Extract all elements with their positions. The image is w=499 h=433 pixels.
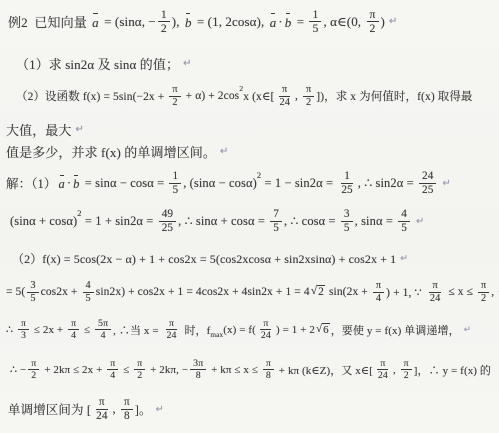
fraction-denominator: 2 bbox=[28, 370, 39, 381]
fraction-numerator: π bbox=[373, 280, 384, 293]
fraction: 12 bbox=[158, 8, 170, 36]
text-run: , ∴ sin2α = bbox=[358, 175, 417, 191]
text-run: ]。 bbox=[135, 400, 152, 418]
fraction-denominator: 5 bbox=[27, 293, 38, 305]
fraction: 35 bbox=[27, 280, 38, 305]
text-run: = (1, 2cosα), bbox=[194, 14, 268, 30]
fraction-numerator: π bbox=[367, 8, 379, 22]
fraction: π4 bbox=[68, 318, 79, 342]
fraction: π2 bbox=[169, 84, 180, 109]
fraction: 35 bbox=[341, 208, 353, 235]
fraction: π24 bbox=[375, 358, 391, 382]
fraction-numerator: 1 bbox=[341, 170, 353, 184]
text-run: , sinα = bbox=[355, 214, 397, 229]
line-part2-question: （2）设函数 f(x) = 5sin(−2x + π2 + α) + 2cos2… bbox=[16, 84, 473, 109]
line-part1-question: （1）求 sin2α 及 sinα 的值；↵ bbox=[16, 54, 192, 73]
text-run: ≤ bbox=[120, 364, 132, 376]
line-problem-vectors: 例2 已知向量 a = (sinα, −12), b = (1, 2cosα),… bbox=[8, 8, 398, 36]
text-run: , bbox=[393, 364, 399, 376]
fraction: 125 bbox=[338, 170, 355, 197]
text-run: （2）f(x) = 5cos(2x − α) + 1 + cos2x = 5(c… bbox=[12, 250, 396, 267]
sqrt-symbol: √6 bbox=[316, 323, 330, 337]
fraction-denominator: 2 bbox=[478, 293, 489, 305]
return-mark-icon: ↵ bbox=[464, 325, 471, 335]
text-run: , ∴当 x = bbox=[113, 322, 161, 338]
text-run: ，要使 y = f(x) 单调递增， bbox=[331, 322, 460, 338]
text-run: (x) = f( bbox=[223, 324, 256, 336]
vector-symbol: b bbox=[73, 175, 79, 192]
line-solution-step4: = 5(35cos2x + 45sin2x) + cos2x + 1 = 4co… bbox=[6, 280, 499, 305]
text-run: = 1 + sin2α = bbox=[82, 214, 157, 229]
fraction-numerator: π bbox=[263, 358, 274, 370]
return-mark-icon: ↵ bbox=[389, 16, 398, 27]
line-solution-step3: （2）f(x) = 5cos(2x − α) + 1 + cos2x = 5(c… bbox=[12, 250, 408, 267]
text-run: ≤ 2x + bbox=[31, 324, 66, 336]
fraction: π24 bbox=[93, 396, 110, 423]
fraction-numerator: π bbox=[18, 318, 29, 330]
text-run: , bbox=[113, 402, 119, 417]
text-run: , bbox=[295, 90, 301, 102]
text-run: + kπ (k∈Z)，又 x∈[ bbox=[276, 362, 373, 378]
fraction: 5π4 bbox=[95, 318, 111, 342]
fraction-numerator: π bbox=[401, 358, 412, 370]
fraction: π8 bbox=[263, 358, 274, 382]
fraction: π4 bbox=[107, 358, 118, 382]
fraction-numerator: 3π bbox=[190, 358, 206, 370]
return-mark-icon: ↵ bbox=[183, 58, 192, 69]
text-run: ) = 1 + 2 bbox=[276, 324, 315, 336]
fraction-numerator: π bbox=[478, 280, 489, 293]
fraction-denominator: 5 bbox=[270, 222, 282, 235]
fraction-denominator: 2 bbox=[169, 97, 180, 109]
text-run: 例2 已知向量 bbox=[8, 12, 90, 31]
fraction-numerator: π bbox=[68, 318, 79, 330]
fraction-denominator: 2 bbox=[158, 22, 170, 35]
text-run: （2）设函数 f(x) = 5sin(−2x + bbox=[16, 88, 167, 104]
fraction-numerator: 49 bbox=[159, 208, 176, 222]
fraction-denominator: 8 bbox=[193, 370, 204, 381]
text-run: · bbox=[278, 14, 282, 30]
text-run: 单调增区间为 [ bbox=[8, 400, 91, 418]
text-run: sin2x) + cos2x + 1 = 4cos2x + 4sin2x + 1… bbox=[96, 286, 310, 298]
fraction-denominator: 2 bbox=[367, 22, 379, 35]
return-mark-icon: ↵ bbox=[220, 146, 229, 157]
fraction-numerator: π bbox=[169, 84, 180, 97]
fraction-denominator: 24 bbox=[164, 330, 180, 341]
fraction-denominator: 5 bbox=[83, 293, 94, 305]
fraction-denominator: 4 bbox=[98, 330, 109, 341]
text-run: ]，∴ y = f(x) 的 bbox=[414, 362, 491, 378]
fraction-numerator: 7 bbox=[270, 208, 282, 222]
text-run: sin(2x + bbox=[326, 286, 371, 298]
fraction-numerator: π bbox=[121, 396, 133, 410]
fraction: π8 bbox=[121, 396, 133, 423]
fraction: π2 bbox=[367, 8, 379, 36]
fraction-denominator: 25 bbox=[419, 184, 436, 197]
fraction-denominator: 4 bbox=[68, 330, 79, 341]
fraction-denominator: 24 bbox=[427, 293, 444, 305]
fraction-numerator: π bbox=[377, 358, 388, 370]
text-run: 时，f bbox=[182, 322, 211, 338]
sqrt-symbol: √2 bbox=[311, 285, 325, 300]
fraction-numerator: π bbox=[429, 280, 440, 293]
fraction-numerator: π bbox=[166, 318, 177, 330]
subscript: max bbox=[210, 332, 223, 339]
text-run: ])，求 x 为何值时，f(x) 取得最 bbox=[316, 88, 472, 104]
fraction-denominator: 5 bbox=[169, 184, 181, 197]
fraction: 15 bbox=[169, 170, 181, 197]
math-worksheet-page: 例2 已知向量 a = (sinα, −12), b = (1, 2cosα),… bbox=[0, 0, 499, 433]
text-run: , ∴ sinα + cosα = bbox=[178, 213, 268, 229]
fraction-numerator: 1 bbox=[158, 8, 170, 22]
fraction: π2 bbox=[478, 280, 489, 305]
fraction-numerator: π bbox=[260, 318, 271, 330]
text-run: ∴ bbox=[6, 323, 16, 336]
fraction: π24 bbox=[258, 318, 274, 342]
fraction-numerator: 4 bbox=[398, 208, 410, 222]
text-run: + 2kπ, − bbox=[147, 364, 188, 376]
fraction: π24 bbox=[427, 280, 444, 305]
vector-symbol: b bbox=[185, 13, 192, 31]
fraction: π2 bbox=[303, 84, 314, 109]
return-mark-icon: ↵ bbox=[156, 404, 164, 415]
text-run: ) bbox=[381, 14, 385, 30]
text-run: = 1 − sin2α = bbox=[261, 176, 336, 191]
text-run: + 2kπ ≤ 2x + bbox=[41, 364, 105, 376]
text-run: x (x∈[ bbox=[243, 89, 274, 103]
fraction-numerator: 24 bbox=[419, 170, 436, 184]
fraction-denominator: 2 bbox=[134, 370, 145, 381]
text-run: ≤ bbox=[81, 324, 93, 336]
fraction: π4 bbox=[373, 280, 384, 305]
text-run: ), bbox=[172, 14, 183, 30]
return-mark-icon: ↵ bbox=[416, 216, 424, 227]
fraction-numerator: 3 bbox=[27, 280, 38, 293]
radicand: 2 bbox=[317, 285, 325, 300]
fraction: 3π8 bbox=[190, 358, 206, 382]
fraction: 2425 bbox=[419, 170, 436, 197]
line-solution-step6: ∴ −π2 + 2kπ ≤ 2x + π4 ≤ π2 + 2kπ, −3π8 +… bbox=[10, 358, 491, 382]
vector-symbol: a bbox=[59, 175, 65, 192]
text-run: (sinα + cosα) bbox=[10, 214, 77, 229]
return-mark-icon: ↵ bbox=[400, 253, 408, 264]
text-run: · bbox=[67, 176, 71, 191]
fraction-denominator: 24 bbox=[258, 330, 274, 341]
text-run: ≤ x ≤ bbox=[445, 286, 476, 298]
fraction-numerator: 5π bbox=[95, 318, 111, 330]
text-run: = sinα − cosα = bbox=[82, 176, 168, 191]
text-run: ∴ − bbox=[10, 363, 26, 376]
text-run: , (sinα − cosα) bbox=[183, 176, 257, 191]
fraction: π2 bbox=[134, 358, 145, 382]
fraction-numerator: π bbox=[28, 358, 39, 370]
fraction: 45 bbox=[83, 280, 94, 305]
text-run: = bbox=[293, 14, 307, 30]
fraction-denominator: 8 bbox=[263, 370, 274, 381]
text-run: = 5( bbox=[6, 286, 25, 298]
return-mark-icon: ↵ bbox=[442, 178, 450, 189]
text-run: + kπ ≤ x ≤ bbox=[208, 364, 261, 376]
fraction-numerator: π bbox=[107, 358, 118, 370]
vector-symbol: a bbox=[270, 13, 277, 31]
fraction: π2 bbox=[28, 358, 39, 382]
fraction-numerator: π bbox=[96, 396, 108, 410]
text-run: 值是多少，并求 f(x) 的单调增区间。 bbox=[6, 142, 216, 161]
text-run: , ∴ cosα = bbox=[284, 213, 339, 229]
vector-symbol: b bbox=[285, 13, 292, 31]
line-solution-step2: (sinα + cosα)2 = 1 + sin2α = 4925, ∴ sin… bbox=[10, 208, 424, 235]
fraction: π2 bbox=[401, 358, 412, 382]
fraction-numerator: 4 bbox=[83, 280, 94, 293]
fraction-denominator: 5 bbox=[309, 22, 321, 35]
text-run: 解：（1） bbox=[6, 174, 57, 192]
fraction-denominator: 8 bbox=[121, 410, 133, 423]
fraction-denominator: 4 bbox=[373, 293, 384, 305]
fraction-numerator: 1 bbox=[169, 170, 181, 184]
line-solution-step5: ∴ π3 ≤ 2x + π4 ≤ 5π4, ∴当 x = π24 时，fmax(… bbox=[6, 318, 471, 342]
radicand: 6 bbox=[322, 323, 330, 337]
text-run: , bbox=[491, 286, 494, 298]
fraction-denominator: 24 bbox=[375, 370, 391, 381]
return-mark-icon: ↵ bbox=[76, 124, 85, 135]
fraction: π24 bbox=[164, 318, 180, 342]
fraction-denominator: 4 bbox=[107, 370, 118, 381]
vector-symbol: a bbox=[92, 13, 99, 31]
text-run: （1）求 sin2α 及 sinα 的值； bbox=[16, 54, 179, 73]
fraction-denominator: 25 bbox=[159, 222, 176, 235]
line-part2-question-wrap2: 值是多少，并求 f(x) 的单调增区间。↵ bbox=[6, 142, 229, 161]
fraction-numerator: π bbox=[279, 84, 290, 97]
fraction-denominator: 24 bbox=[93, 410, 110, 423]
fraction-denominator: 25 bbox=[338, 184, 355, 197]
fraction-denominator: 2 bbox=[401, 370, 412, 381]
line-solution-step1: 解：（1）a·b = sinα − cosα = 15, (sinα − cos… bbox=[6, 170, 451, 197]
fraction-numerator: 3 bbox=[341, 208, 353, 222]
line-part2-question-wrap1: 大值，最大↵ bbox=[6, 120, 84, 139]
fraction: 75 bbox=[270, 208, 282, 235]
fraction-denominator: 5 bbox=[341, 222, 353, 235]
fraction-denominator: 24 bbox=[276, 97, 293, 109]
text-run: 大值，最大 bbox=[6, 120, 72, 139]
fraction: 45 bbox=[398, 208, 410, 235]
text-run: ) + 1, ∵ bbox=[386, 285, 425, 299]
fraction-denominator: 3 bbox=[18, 330, 29, 341]
text-run: + α) + 2cos bbox=[183, 90, 240, 102]
fraction-denominator: 2 bbox=[303, 97, 314, 109]
fraction-numerator: 1 bbox=[309, 8, 321, 22]
line-solution-conclusion: 单调增区间为 [π24, π8]。↵ bbox=[8, 396, 164, 423]
fraction: π3 bbox=[18, 318, 29, 342]
fraction: 15 bbox=[309, 8, 321, 36]
fraction: 4925 bbox=[159, 208, 176, 235]
fraction-denominator: 5 bbox=[398, 222, 410, 235]
fraction-numerator: π bbox=[303, 84, 314, 97]
text-run: cos2x + bbox=[41, 286, 81, 298]
text-run: = (sinα, − bbox=[101, 14, 156, 30]
text-run: , α∈(0, bbox=[323, 14, 364, 30]
fraction-numerator: π bbox=[134, 358, 145, 370]
fraction: π24 bbox=[276, 84, 293, 109]
